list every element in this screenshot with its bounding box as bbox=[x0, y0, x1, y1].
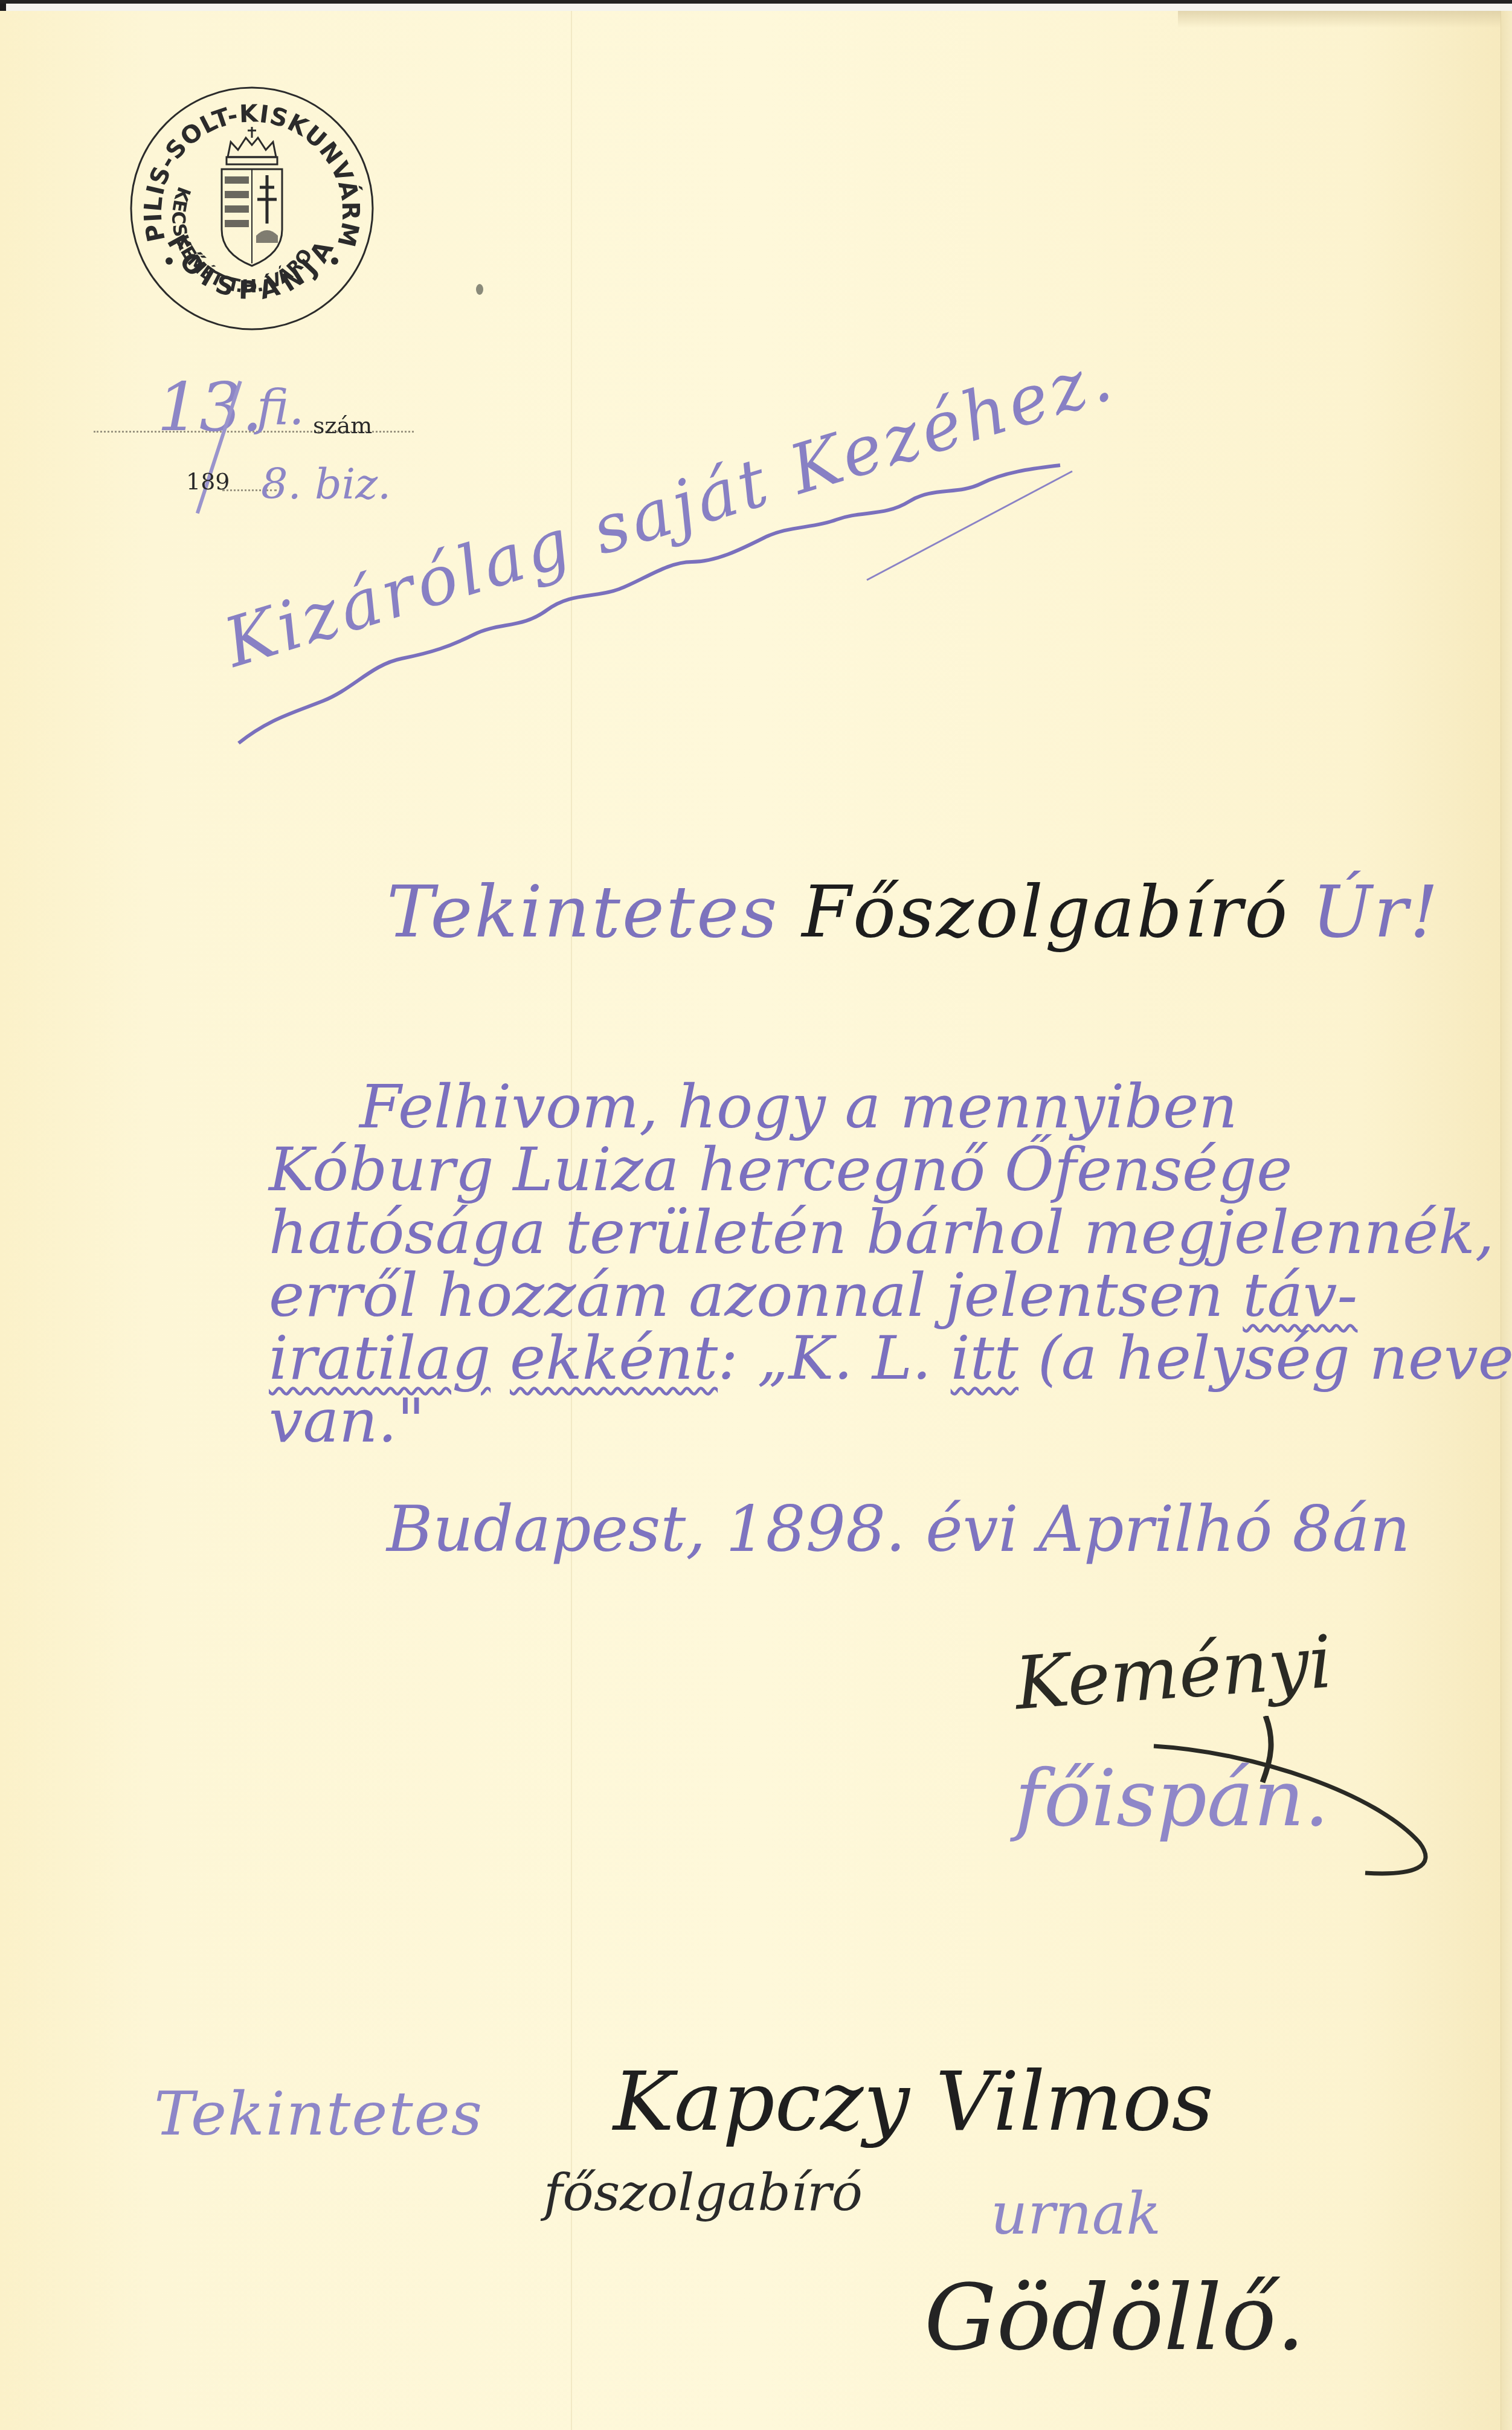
underlined-word-iratilag: iratilag bbox=[269, 1323, 491, 1393]
address-suffix: urnak bbox=[991, 2181, 1161, 2248]
quoted-message-start: : „K. L. bbox=[718, 1323, 951, 1393]
body-line-1: Felhivom, hogy a mennyiben bbox=[269, 1075, 1489, 1138]
place-name-note: (a helység neve!) bbox=[1018, 1323, 1512, 1393]
body-line-3: hatósága területén bárhol megjelennék, bbox=[269, 1201, 1489, 1264]
body-line-2: Kóburg Luiza hercegnő Őfensége bbox=[269, 1138, 1489, 1201]
salutation-prefix: Tekintetes bbox=[387, 870, 779, 953]
letter-body: Felhivom, hogy a mennyiben Kóburg Luiza … bbox=[269, 1075, 1489, 1452]
address-honorific: Tekintetes bbox=[154, 2078, 483, 2149]
hungarian-coat-of-arms-icon bbox=[222, 127, 282, 266]
body-line-6: van." bbox=[269, 1390, 1489, 1452]
scan-edge-strip bbox=[6, 4, 1512, 11]
ink-spot bbox=[476, 284, 483, 295]
official-seal: PEST-PILIS-SOLT-KISKUNVÁRMEGYE ÉS KECSKE… bbox=[128, 85, 376, 332]
recipient-name: Kapczy Vilmos bbox=[613, 2054, 1214, 2149]
recipient-title: főszolgabíró bbox=[544, 2163, 863, 2223]
body-line-4: erről hozzám azonnal jelentsen táv- bbox=[269, 1264, 1489, 1327]
date-line: Budapest, 1898. évi Aprilhó 8án bbox=[387, 1492, 1411, 1566]
recipient-city: Gödöllő. bbox=[924, 2266, 1305, 2371]
paper-stain bbox=[1178, 11, 1512, 28]
underlined-word-ekkent: ekként bbox=[510, 1323, 718, 1393]
word-space bbox=[491, 1323, 510, 1393]
body-line-5: iratilag ekként: „K. L. itt (a helység n… bbox=[269, 1327, 1489, 1390]
salutation-title: Főszolgabíró bbox=[802, 870, 1289, 953]
underlined-word-tav: táv- bbox=[1243, 1260, 1357, 1330]
salutation: Tekintetes Főszolgabíró Úr! bbox=[387, 870, 1440, 953]
underlined-word-itt: itt bbox=[951, 1323, 1018, 1393]
reference-code: fi. bbox=[257, 379, 304, 436]
salutation-suffix: Úr! bbox=[1312, 870, 1440, 953]
paper-right-edge-fold bbox=[1501, 11, 1512, 2430]
reference-number-label: szám bbox=[313, 412, 372, 439]
reference-number: 13. bbox=[157, 369, 263, 446]
body-line-4-text: erről hozzám azonnal jelentsen bbox=[269, 1260, 1243, 1330]
signature-title: főispán. bbox=[1015, 1752, 1329, 1844]
